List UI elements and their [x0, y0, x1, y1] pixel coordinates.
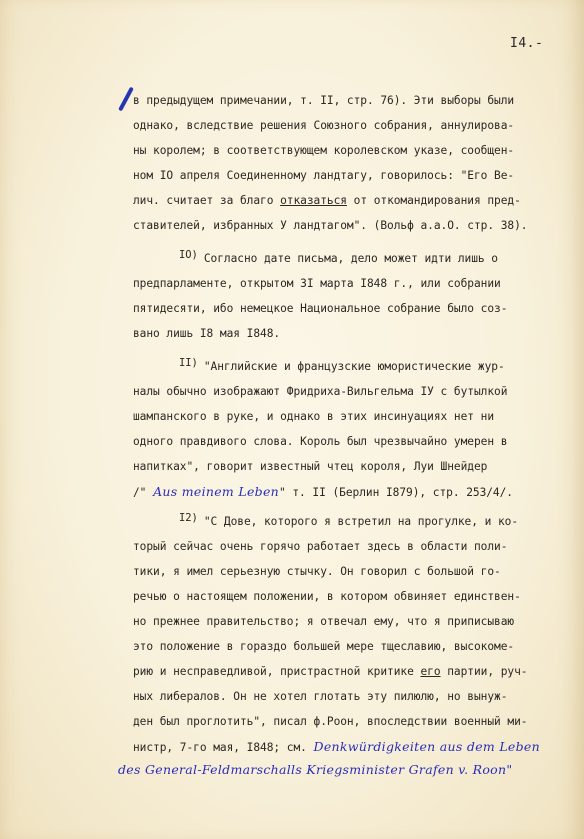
- text-line: вано лишь I8 мая I848.: [133, 327, 280, 341]
- footnote-11-first-line: II)"Английские и французские юмористичес…: [179, 360, 505, 374]
- text-line: шампанского в руке, и однако в этих инси…: [133, 410, 494, 424]
- text-span: Согласно дате письма, дело может идти ли…: [204, 252, 498, 265]
- text-span: от откомандирования пред-: [347, 194, 521, 207]
- text-line: рию и несправедливой, пристрастной крити…: [133, 665, 527, 679]
- text-line: напитках", говорит известный чтец короля…: [133, 460, 487, 474]
- text-span: " т. II (Берлин I879), стр. 253/4/.: [279, 486, 513, 499]
- text-line: ставителей, избранных У ландтагом". (Вол…: [133, 219, 527, 233]
- text-span: лич. считает за благо: [133, 194, 280, 207]
- text-line: пятидесяти, ибо немецкое Национальное со…: [133, 302, 507, 316]
- text-line: налы обычно изображают Фридриха-Вильгель…: [133, 385, 507, 399]
- underlined-word: его: [420, 665, 440, 678]
- footnote-10-first-line: IO)Согласно дате письма, дело может идти…: [179, 252, 498, 266]
- text-line: однако, вследствие решения Союзного собр…: [133, 119, 514, 133]
- text-span: "Английские и французские юмористические…: [204, 360, 505, 373]
- footnote-number: IO): [179, 249, 198, 261]
- text-line: в предыдущем примечании, т. II, стр. 76)…: [133, 94, 514, 108]
- footnote-12-first-line: I2)"С Дове, которого я встретил на прогу…: [179, 515, 518, 529]
- text-line: лич. считает за благо отказаться от отко…: [133, 194, 521, 208]
- text-line: это положение в гораздо большей мере тще…: [133, 640, 514, 654]
- text-span: нистр, 7-го мая, I848; см.: [133, 741, 314, 754]
- text-span: "С Дове, которого я встретил на прогулке…: [204, 515, 518, 528]
- text-line: торый сейчас очень горячо работает здесь…: [133, 540, 507, 554]
- text-line: /" Aus meinem Leben" т. II (Берлин I879)…: [133, 485, 513, 500]
- text-line: ден был проглотить", писал ф.Роон, впосл…: [133, 715, 527, 729]
- text-line: нистр, 7-го мая, I848; см. Denkwürdigkei…: [133, 740, 540, 755]
- text-line: одного правдивого слова. Король был чрез…: [133, 435, 507, 449]
- text-line: но прежнее правительство; я отвечал ему,…: [133, 615, 514, 629]
- text-span: партии, руч-: [441, 665, 528, 678]
- handwritten-title: Aus meinem Leben: [153, 484, 279, 499]
- handwritten-reference-continuation: des General-Feldmarschalls Kriegsministe…: [118, 763, 512, 777]
- text-line: речью о настоящем положении, в котором о…: [133, 590, 521, 604]
- text-span: рию и несправедливой, пристрастной крити…: [133, 665, 420, 678]
- text-span: /": [133, 486, 146, 499]
- footnote-number: I2): [179, 512, 198, 524]
- text-line: ном IO апреля Соединенному ландтагу, гов…: [133, 169, 514, 183]
- text-line: предпарламенте, открытом 3I марта I848 г…: [133, 277, 501, 291]
- text-line: ных либералов. Он не хотел глотать эту п…: [133, 690, 507, 704]
- text-line: тики, я имел серьезную стычку. Он говори…: [133, 565, 501, 579]
- text-line: ны королем; в соответствующем королевско…: [133, 144, 514, 158]
- handwritten-correction-mark: [118, 87, 134, 112]
- handwritten-reference: Denkwürdigkeiten aus dem Leben: [314, 739, 540, 754]
- page-number: I4.-: [510, 36, 543, 51]
- underlined-word: отказаться: [280, 194, 347, 207]
- document-page: I4.- в предыдущем примечании, т. II, стр…: [0, 0, 584, 839]
- footnote-number: II): [179, 357, 198, 369]
